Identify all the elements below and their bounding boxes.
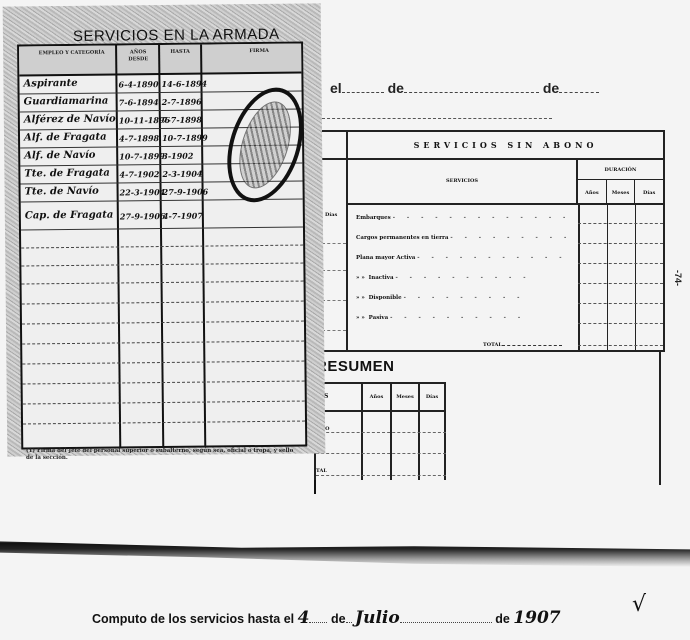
page-number-mark: -74-	[673, 270, 683, 286]
sa-row-plana-activa: Plana mayor Activa - - - - - - - - - - -	[356, 255, 567, 261]
computo-day: 4	[298, 608, 310, 628]
card-footnote: (1) Firma del Jefe del personal superior…	[26, 448, 296, 462]
sa-title-row: SERVICIOS SIN ABONO	[322, 132, 663, 160]
servicios-en-la-armada-card: SERVICIOS EN LA ARMADA EMPLEO Y CATEGORÍ…	[3, 3, 326, 456]
sa-row-inactiva: » » Inactiva - - - - - - - - - -	[356, 275, 531, 281]
sa-row-disponible: » » Disponible - - - - - - - - -	[356, 295, 524, 301]
resumen-title: RESUMEN	[316, 358, 395, 375]
fold-shadow	[0, 535, 690, 567]
sa-duracion-header: DURACIÓN	[578, 160, 663, 180]
date-el-label: el	[330, 80, 342, 96]
computo-de-1: de	[331, 612, 346, 626]
year-blank	[559, 83, 599, 93]
computo-line: Computo de los servicios hasta el 4 de J…	[92, 608, 561, 628]
date-de-label-1: de	[388, 80, 404, 96]
computo-prefix: Computo de los servicios hasta el	[92, 612, 294, 626]
check-mark-icon: √	[632, 592, 646, 617]
sa-col-dias: Días	[635, 180, 663, 205]
computo-de-2: de	[495, 612, 510, 626]
resumen-col-dias: Días	[420, 394, 444, 400]
date-line: el de de	[330, 80, 599, 96]
sa-total: TOTAL	[483, 342, 562, 348]
sa-duracion-subcols: Años Meses Días	[578, 180, 663, 205]
sa-header: SERVICIOS DURACIÓN Años Meses Días	[348, 160, 663, 205]
resumen-table: IOS Años Meses Días NNO º TAL	[316, 382, 446, 480]
computo-month: Julio	[355, 608, 400, 628]
resumen-col-anos: Años	[363, 394, 390, 400]
sa-col-anos: Años	[578, 180, 607, 205]
month-blank	[404, 83, 539, 93]
sa-servicios-header: SERVICIOS	[348, 160, 578, 205]
day-blank	[342, 83, 384, 93]
resumen-col-meses: Meses	[392, 394, 418, 400]
sa-dias-column: Días	[322, 160, 348, 350]
date-de-label-2: de	[543, 80, 559, 96]
sa-dias-label: Días	[325, 212, 337, 218]
sa-title: SERVICIOS SIN ABONO	[348, 140, 663, 150]
document-page: el de de SERVICIOS SIN ABONO Días SERVIC…	[0, 0, 690, 640]
card-row: Cap. de Fragata 27-9-1906 4-7-1907	[21, 200, 303, 231]
computo-year: 1907	[513, 608, 560, 628]
sa-col-meses: Meses	[607, 180, 636, 205]
servicios-sin-abono-table: SERVICIOS SIN ABONO Días SERVICIOS DURAC…	[320, 130, 665, 352]
sa-row-pasiva: » » Pasiva - - - - - - - - - -	[356, 315, 525, 321]
sa-row-embarques: Embarques - - - - - - - - - - - - -	[356, 215, 570, 221]
sa-row-cargos: Cargos permanentes en tierra - - - - - -…	[356, 235, 571, 241]
signature-rule	[322, 118, 552, 119]
sa-body: Embarques - - - - - - - - - - - - - Carg…	[348, 205, 663, 350]
card-table: EMPLEO Y CATEGORÍA AÑOS DESDE HASTA FIRM…	[17, 42, 307, 450]
